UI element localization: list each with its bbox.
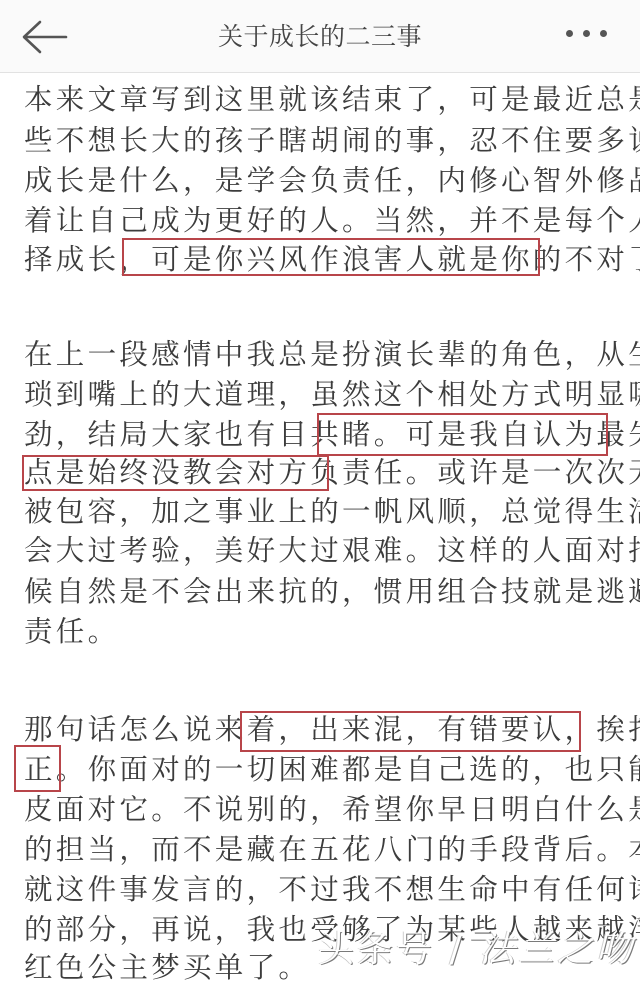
text-line: 候自然是不会出来抗的，惯用组合技就是逃避加推卸 [24, 572, 640, 612]
text-line: 本来文章写到这里就该结束了，可是最近总是出现一 [24, 80, 640, 120]
top-navigation-bar: 关于成长的二三事 [0, 0, 640, 73]
text-line: 着让自己成为更好的人。当然，并不是每个人都要选 [24, 201, 640, 241]
more-options-button[interactable] [560, 20, 616, 54]
text-line: 点是始终没教会对方负责任。或许是一次次无底限地 [24, 453, 640, 493]
text-line: 会大过考验，美好大过艰难。这样的人面对指责的时 [24, 531, 640, 571]
text-line: 择成长，可是你兴风作浪害人就是你的不对了。 [24, 240, 640, 280]
text-line: 琐到嘴上的大道理，虽然这个相处方式明显哪里不对 [24, 375, 640, 415]
text-line: 那句话怎么说来着，出来混，有错要认，挨打要立 [24, 710, 640, 750]
more-horizontal-icon-dot [600, 30, 607, 37]
text-line: 皮面对它。不说别的，希望你早日明白什么是成年人 [24, 790, 640, 830]
text-line: 在上一段感情中我总是扮演长辈的角色，从生活的细 [24, 335, 640, 375]
watermark-separator: / [449, 929, 464, 970]
text-line: 些不想长大的孩子瞎胡闹的事，忍不住要多说两句。 [24, 121, 640, 161]
watermark-author: 法兰之吻 [479, 929, 635, 970]
watermark-source: 头条号 [318, 929, 435, 970]
text-line: 劲，结局大家也有目共睹。可是我自认为最失败的一 [24, 415, 640, 455]
article-body: 本来文章写到这里就该结束了，可是最近总是出现一 些不想长大的孩子瞎胡闹的事，忍不… [0, 73, 640, 993]
page-title: 关于成长的二三事 [0, 18, 640, 56]
text-line: 成长是什么，是学会负责任，内修心智外修品行，试 [24, 161, 640, 201]
text-line: 的担当，而不是藏在五花八门的手段背后。本来不想 [24, 830, 640, 870]
more-horizontal-icon-dot [566, 30, 573, 37]
text-line: 就这件事发言的，不过我不想生命中有任何讳莫如深 [24, 870, 640, 910]
text-line: 责任。 [24, 612, 119, 652]
watermark: 头条号 / 法兰之吻 [318, 925, 635, 975]
text-line: 红色公主梦买单了。 [24, 948, 310, 988]
more-horizontal-icon-dot [583, 30, 590, 37]
text-line: 正。你面对的一切困难都是自己选的，也只能硬着头 [24, 750, 640, 790]
text-line: 被包容，加之事业上的一帆风顺，总觉得生活中的机 [24, 492, 640, 532]
